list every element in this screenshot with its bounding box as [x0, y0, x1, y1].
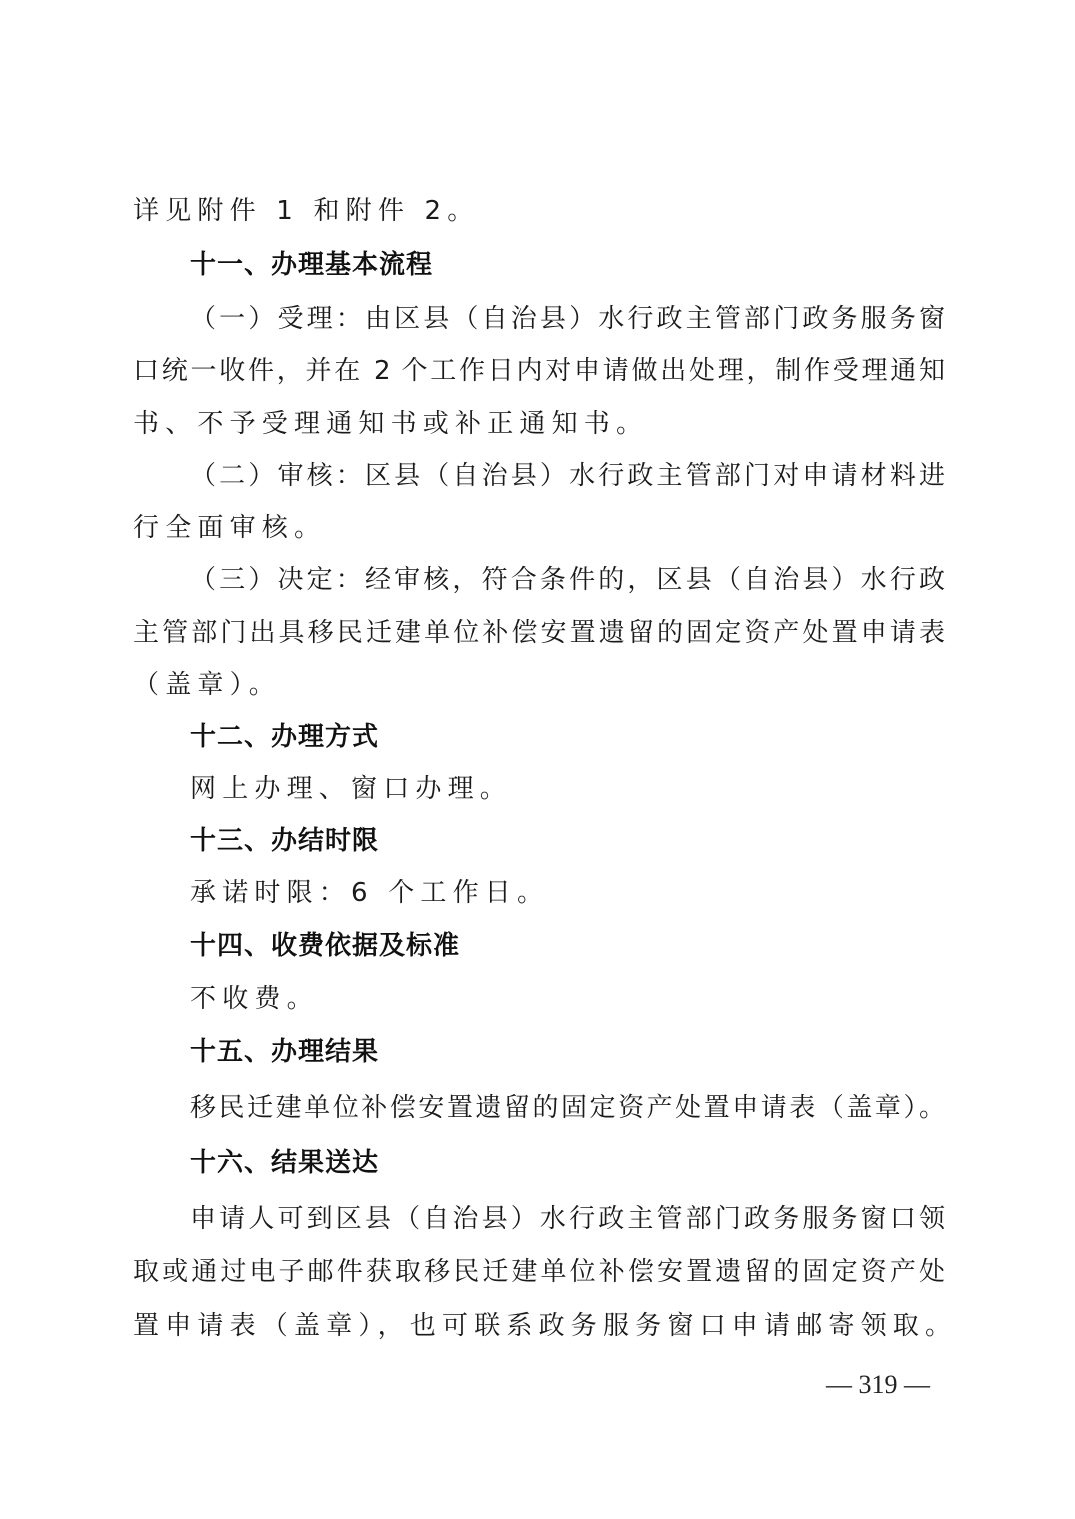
- paragraph-fees: 不收费。: [190, 982, 945, 1016]
- paragraph-review-line-1: （二）审核：区县（自治县）水行政主管部门对申请材料进: [190, 459, 945, 493]
- paragraph-method: 网上办理、窗口办理。: [190, 772, 945, 806]
- paragraph-decision-line-3: （盖章）。: [133, 668, 945, 702]
- section-heading-12-method: 十二、办理方式: [190, 720, 945, 754]
- paragraph-acceptance-line-1: （一）受理：由区县（自治县）水行政主管部门政务服务窗: [190, 302, 945, 336]
- section-heading-15-result: 十五、办理结果: [190, 1035, 945, 1069]
- paragraph-acceptance-line-2: 口统一收件，并在 2 个工作日内对申请做出处理，制作受理通知: [133, 354, 945, 388]
- section-heading-11-basic-process: 十一、办理基本流程: [190, 248, 945, 282]
- section-heading-16-delivery: 十六、结果送达: [190, 1146, 945, 1180]
- paragraph-delivery-line-2: 取或通过电子邮件获取移民迁建单位补偿安置遗留的固定资产处: [133, 1255, 945, 1289]
- paragraph-acceptance-line-3: 书、不予受理通知书或补正通知书。: [133, 407, 945, 441]
- paragraph-result: 移民迁建单位补偿安置遗留的固定资产处置申请表（盖章）。: [190, 1091, 945, 1125]
- paragraph-delivery-line-3: 置申请表（盖章），也可联系政务服务窗口申请邮寄领取。: [133, 1309, 945, 1343]
- page-number: — 319 —: [826, 1368, 930, 1402]
- paragraph-attachment-reference: 详见附件 1 和附件 2。: [133, 194, 945, 228]
- paragraph-decision-line-2: 主管部门出具移民迁建单位补偿安置遗留的固定资产处置申请表: [133, 616, 945, 650]
- section-heading-14-fees: 十四、收费依据及标准: [190, 929, 945, 963]
- section-heading-13-time-limit: 十三、办结时限: [190, 824, 945, 858]
- paragraph-time-limit: 承诺时限：6 个工作日。: [190, 876, 945, 910]
- paragraph-review-line-2: 行全面审核。: [133, 511, 945, 545]
- paragraph-delivery-line-1: 申请人可到区县（自治县）水行政主管部门政务服务窗口领: [190, 1202, 945, 1236]
- paragraph-decision-line-1: （三）决定：经审核，符合条件的，区县（自治县）水行政: [190, 563, 945, 597]
